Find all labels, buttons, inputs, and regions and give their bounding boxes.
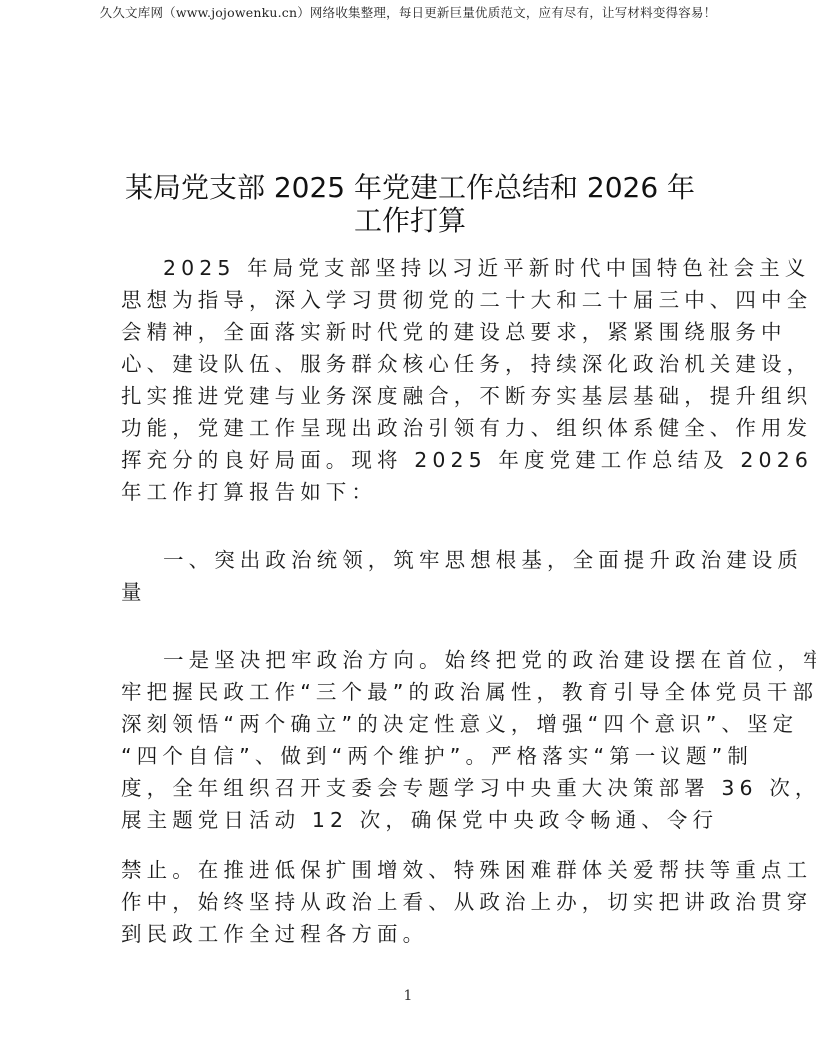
text-line: 一、突出政治统领，筑牢思想根基，全面提升政治建设质 — [121, 544, 697, 576]
title-line-1: 某局党支部 2025 年党建工作总结和 2026 年 — [100, 171, 720, 204]
text-line: “四个自信”、做到“两个维护”。严格落实“第一议题”制 — [121, 740, 697, 772]
text-line: 会精神，全面落实新时代党的建设总要求，紧紧围绕服务中 — [121, 316, 697, 348]
title-line-2: 工作打算 — [100, 204, 720, 237]
text-line: 度，全年组织召开支委会专题学习中央重大决策部署 36 次，开 — [121, 772, 697, 804]
text-line: 心、建设队伍、服务群众核心任务，持续深化政治机关建设， — [121, 348, 697, 380]
text-line: 挥充分的良好局面。现将 2025 年度党建工作总结及 2026 — [121, 444, 697, 476]
text-line: 量 — [121, 576, 697, 608]
text-line: 思想为指导，深入学习贯彻党的二十大和二十届三中、四中全 — [121, 284, 697, 316]
section-1-heading: 一、突出政治统领，筑牢思想根基，全面提升政治建设质 量 — [121, 544, 697, 608]
text-line: 功能，党建工作呈现出政治引领有力、组织体系健全、作用发 — [121, 412, 697, 444]
text-line: 作中，始终坚持从政治上看、从政治上办，切实把讲政治贯穿 — [121, 886, 697, 918]
text-line: 到民政工作全过程各方面。 — [121, 918, 697, 950]
text-line: 牢把握民政工作“三个最”的政治属性，教育引导全体党员干部 — [121, 676, 697, 708]
page-number: 1 — [0, 988, 816, 1004]
section-1-paragraph-2: 禁止。在推进低保扩围增效、特殊困难群体关爱帮扶等重点工 作中，始终坚持从政治上看… — [121, 854, 697, 950]
text-line: 2025 年局党支部坚持以习近平新时代中国特色社会主义 — [121, 252, 697, 284]
text-line: 一是坚决把牢政治方向。始终把党的政治建设摆在首位，牢 — [121, 644, 697, 676]
text-line: 扎实推进党建与业务深度融合，不断夯实基层基础，提升组织 — [121, 380, 697, 412]
text-line: 展主题党日活动 12 次，确保党中央政令畅通、令行 — [121, 804, 697, 836]
text-line: 深刻领悟“两个确立”的决定性意义，增强“四个意识”、坚定 — [121, 708, 697, 740]
text-line: 禁止。在推进低保扩围增效、特殊困难群体关爱帮扶等重点工 — [121, 854, 697, 886]
document-title: 某局党支部 2025 年党建工作总结和 2026 年 工作打算 — [100, 171, 720, 237]
intro-paragraph: 2025 年局党支部坚持以习近平新时代中国特色社会主义 思想为指导，深入学习贯彻… — [121, 252, 697, 508]
header-watermark-note: 久久文库网（www.jojowenku.cn）网络收集整理，每日更新巨量优质范文… — [0, 3, 816, 21]
section-1-paragraph-1: 一是坚决把牢政治方向。始终把党的政治建设摆在首位，牢 牢把握民政工作“三个最”的… — [121, 644, 697, 836]
text-line: 年工作打算报告如下： — [121, 476, 697, 508]
